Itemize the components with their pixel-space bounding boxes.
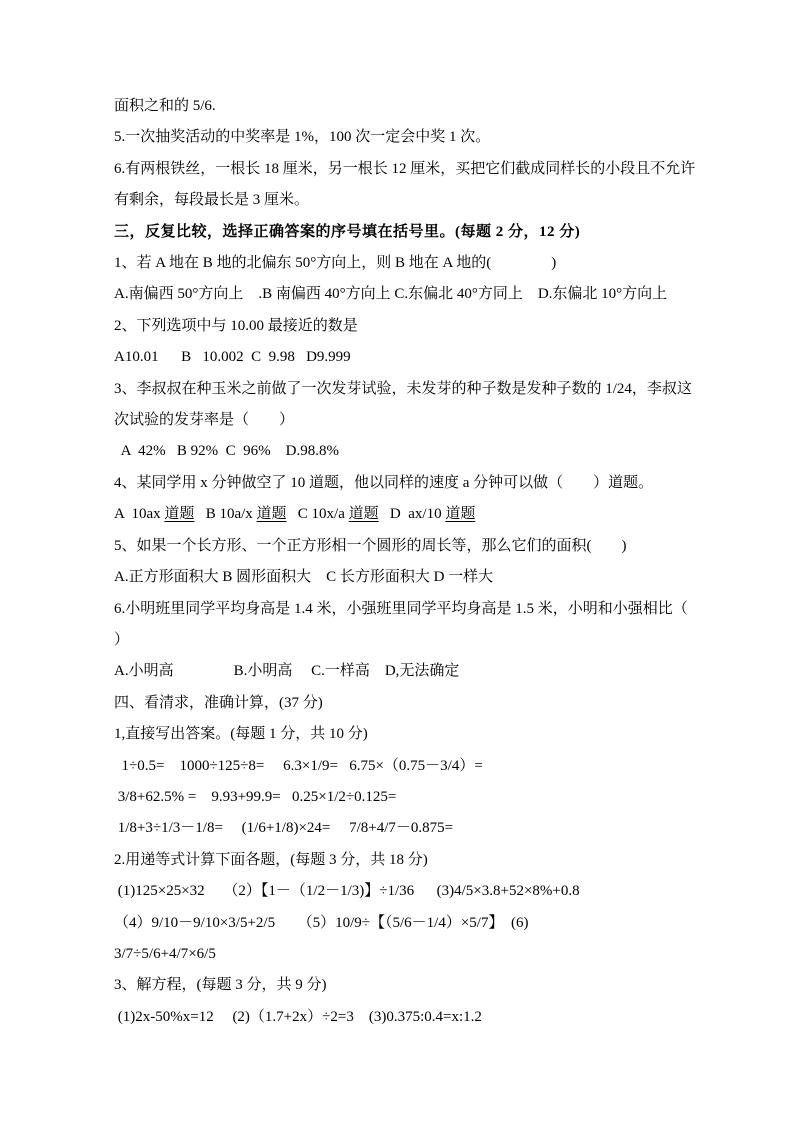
choice-q3-line1: 3、李叔叔在种玉米之前做了一次发芽试验，未发芽的种子数是发种子数的 1/24，李…: [114, 374, 699, 405]
text-run: 1÷0.5= 1000÷125÷8= 6.3×1/9= 6.75×（0.75－3…: [114, 758, 483, 774]
text-run: A 10ax: [114, 506, 164, 522]
choice-q6-options: A.小明高 B.小明高 C.一样高 D,无法确定: [114, 656, 699, 687]
text-run: 1/8+3÷1/3－1/8= (1/6+1/8)×24= 7/8+4/7－0.8…: [114, 820, 453, 836]
calc-part2-row1: (1)125×25×32 （2）【1－（1/2－1/3)】÷1/36 (3)4/…: [114, 876, 699, 907]
text-run: 6.小明班里同学平均身高是 1.4 米，小强班里同学平均身高是 1.5 米，小明…: [114, 601, 688, 617]
underlined-term: 道题: [257, 506, 287, 522]
text-run: A.南偏西 50°方向上 .B 南偏西 40°方向上 C.东偏北 40°方同上 …: [114, 286, 667, 302]
text-run: 四、看清求，准确计算，(37 分): [114, 695, 323, 711]
text-run: 1、若 A 地在 B 地的北偏东 50°方向上，则 B 地在 A 地的( ): [114, 255, 556, 271]
section-4-heading: 四、看清求，准确计算，(37 分): [114, 688, 699, 719]
choice-q3-options: A 42% B 92% C 96% D.98.8%: [114, 436, 699, 467]
text-run: C 10x/a: [287, 506, 349, 522]
text-run: 1,直接写出答案。(每题 1 分，共 10 分): [114, 726, 368, 742]
calc-part1-heading: 1,直接写出答案。(每题 1 分，共 10 分): [114, 719, 699, 750]
calc-part3-row1: (1)2x-50%x=12 (2)（1.7+2x）÷2=3 (3)0.375:0…: [114, 1002, 699, 1033]
text-run: B 10a/x: [194, 506, 256, 522]
document-page: 面积之和的 5/6.5.一次抽奖活动的中奖率是 1%，100 次一定会中奖 1 …: [0, 0, 794, 1123]
text-run: A.小明高 B.小明高 C.一样高 D,无法确定: [114, 663, 459, 679]
text-run: 3、解方程，(每题 3 分，共 9 分): [114, 977, 327, 993]
text-run: 2、下列选项中与 10.00 最接近的数是: [114, 318, 358, 334]
judge-item-6-line1: 6.有两根铁丝，一根长 18 厘米，另一根长 12 厘米，买把它们截成同样长的小…: [114, 154, 699, 185]
section-3-heading: 三，反复比较，选择正确答案的序号填在括号里。(每题 2 分，12 分): [114, 217, 699, 248]
calc-part1-row2: 3/8+62.5% = 9.93+99.9= 0.25×1/2÷0.125=: [114, 782, 699, 813]
judge-item-6-line2: 有剩余，每段最长是 3 厘米。: [114, 185, 699, 216]
choice-q2-options: A10.01 B 10.002 C 9.98 D9.999: [114, 342, 699, 373]
text-run: 4、某同学用 x 分钟做空了 10 道题，他以同样的速度 a 分钟可以做（ ）道…: [114, 475, 653, 491]
choice-q2: 2、下列选项中与 10.00 最接近的数是: [114, 311, 699, 342]
text-run: 三，反复比较，选择正确答案的序号填在括号里。(每题 2 分，12 分): [114, 224, 580, 240]
text-run: 5、如果一个长方形、一个正方形相一个圆形的周长等，那么它们的面积( ): [114, 538, 627, 554]
text-run: A.正方形面积大 B 圆形面积大 C 长方形面积大 D 一样大: [114, 569, 493, 585]
calc-part3-heading: 3、解方程，(每题 3 分，共 9 分): [114, 970, 699, 1001]
text-run: (1)125×25×32 （2）【1－（1/2－1/3)】÷1/36 (3)4/…: [114, 883, 580, 899]
text-run: 3、李叔叔在种玉米之前做了一次发芽试验，未发芽的种子数是发种子数的 1/24，李…: [114, 381, 692, 397]
choice-q3-line2: 次试验的发芽率是（ ）: [114, 405, 699, 436]
choice-q6-line1: 6.小明班里同学平均身高是 1.4 米，小强班里同学平均身高是 1.5 米，小明…: [114, 594, 699, 625]
judge-item-4-tail: 面积之和的 5/6.: [114, 91, 699, 122]
document-body: 面积之和的 5/6.5.一次抽奖活动的中奖率是 1%，100 次一定会中奖 1 …: [114, 91, 699, 1033]
text-run: 次试验的发芽率是（ ）: [114, 412, 294, 428]
choice-q6-line2: ）: [114, 625, 699, 656]
choice-q4: 4、某同学用 x 分钟做空了 10 道题，他以同样的速度 a 分钟可以做（ ）道…: [114, 468, 699, 499]
underlined-term: 道题: [445, 506, 475, 522]
calc-part1-row1: 1÷0.5= 1000÷125÷8= 6.3×1/9= 6.75×（0.75－3…: [114, 751, 699, 782]
underlined-term: 道题: [164, 506, 194, 522]
text-run: 面积之和的 5/6.: [114, 98, 216, 114]
underlined-term: 道题: [349, 506, 379, 522]
text-run: A10.01 B 10.002 C 9.98 D9.999: [114, 349, 351, 365]
calc-part2-row2: （4）9/10－9/10×3/5+2/5 （5）10/9÷【（5/6－1/4）×…: [114, 908, 699, 939]
judge-item-5: 5.一次抽奖活动的中奖率是 1%，100 次一定会中奖 1 次。: [114, 122, 699, 153]
text-run: 3/8+62.5% = 9.93+99.9= 0.25×1/2÷0.125=: [114, 789, 396, 805]
choice-q1: 1、若 A 地在 B 地的北偏东 50°方向上，则 B 地在 A 地的( ): [114, 248, 699, 279]
text-run: （4）9/10－9/10×3/5+2/5 （5）10/9÷【（5/6－1/4）×…: [114, 915, 528, 931]
text-run: 3/7÷5/6+4/7×6/5: [114, 946, 216, 962]
text-run: 6.有两根铁丝，一根长 18 厘米，另一根长 12 厘米，买把它们截成同样长的小…: [114, 161, 695, 177]
choice-q5-options: A.正方形面积大 B 圆形面积大 C 长方形面积大 D 一样大: [114, 562, 699, 593]
text-run: 有剩余，每段最长是 3 厘米。: [114, 192, 309, 208]
text-run: D ax/10: [379, 506, 446, 522]
choice-q4-options: A 10ax 道题 B 10a/x 道题 C 10x/a 道题 D ax/10 …: [114, 499, 699, 530]
text-run: ）: [114, 632, 129, 648]
text-run: A 42% B 92% C 96% D.98.8%: [114, 443, 339, 459]
calc-part1-row3: 1/8+3÷1/3－1/8= (1/6+1/8)×24= 7/8+4/7－0.8…: [114, 813, 699, 844]
calc-part2-row3: 3/7÷5/6+4/7×6/5: [114, 939, 699, 970]
text-run: 5.一次抽奖活动的中奖率是 1%，100 次一定会中奖 1 次。: [114, 129, 490, 145]
choice-q1-options: A.南偏西 50°方向上 .B 南偏西 40°方向上 C.东偏北 40°方同上 …: [114, 279, 699, 310]
text-run: 2.用递等式计算下面各题，(每题 3 分，共 18 分): [114, 852, 428, 868]
text-run: (1)2x-50%x=12 (2)（1.7+2x）÷2=3 (3)0.375:0…: [114, 1009, 482, 1025]
calc-part2-heading: 2.用递等式计算下面各题，(每题 3 分，共 18 分): [114, 845, 699, 876]
choice-q5: 5、如果一个长方形、一个正方形相一个圆形的周长等，那么它们的面积( ): [114, 531, 699, 562]
